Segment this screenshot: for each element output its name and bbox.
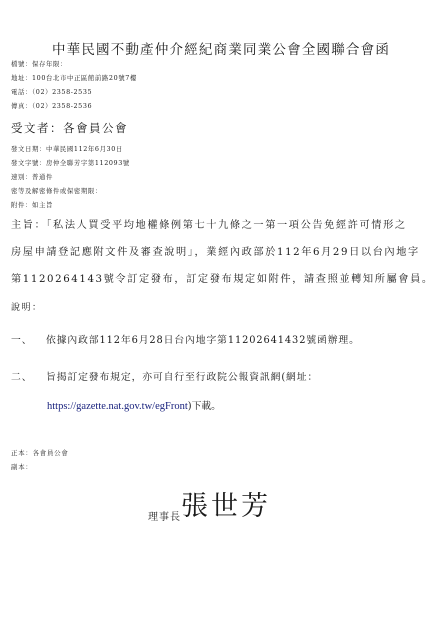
meta-label: 發文字號： [11,159,46,167]
original-copy-line: 正本：各會員公會 [11,448,69,457]
address-line: 地址：100台北市中正區館前路20號7樓 [11,73,137,82]
recipient-line: 受文者：各會員公會 [11,120,128,136]
meta-label: 速別： [11,173,32,181]
meta-value: 如主旨 [32,201,53,209]
file-number-line: 檔號：保存年限： [11,59,67,68]
document-page: 中華民國不動產仲介經紀商業同業公會全國聯合會函 檔號：保存年限： 地址：100台… [0,0,442,640]
meta-value: 中華民國112年6月30日 [46,145,123,153]
attachment-line: 附件：如主旨 [11,200,53,209]
meta-label: 電話： [11,88,32,96]
item-text: 依據內政部112年6月28日台內地字第11202641432號函辦理。 [46,335,360,346]
subject-line-3: 第1120264143號令訂定發布，訂定發布規定如附件，請查照並轉知所屬會員。 [11,270,434,285]
classification-line: 密等及解密條件或保密期限： [11,186,102,195]
speed-line: 速別：普通件 [11,172,53,181]
signature-role: 理事長 [148,512,181,523]
issue-date-line: 發文日期：中華民國112年6月30日 [11,144,123,153]
recipient-label: 受文者： [11,121,63,135]
meta-value: 房仲全聯芳字第112093號 [46,159,130,167]
signature-block: 理事長張世芳 [148,484,271,523]
item-number: 二、 [11,369,46,383]
meta-value: 100台北市中正區館前路20號7樓 [32,74,137,82]
item-number: 一、 [11,332,46,346]
explanation-item-2: 二、旨揭訂定發布規定，亦可自行至行政院公報資訊網(網址： [11,369,318,383]
cc-label: 副本： [11,463,33,471]
meta-value: 普通件 [32,173,53,181]
meta-value: 保存年限： [32,60,67,68]
meta-value: （02）2358-2535 [32,88,92,96]
gazette-link-line: https://gazette.nat.gov.tw/egFront)下載。 [47,398,221,412]
signature-name: 張世芳 [181,491,271,522]
meta-value: （02）2358-2536 [32,102,92,110]
meta-label: 發文日期： [11,145,46,153]
issue-number-line: 發文字號：房仲全聯芳字第112093號 [11,158,130,167]
meta-label: 密等及解密條件或保密期限： [11,187,102,195]
meta-label: 檔號： [11,60,32,68]
meta-label: 附件： [11,201,32,209]
document-title: 中華民國不動產仲介經紀商業同業公會全國聯合會函 [0,38,442,58]
subject-line-2: 房屋申請登記應附文件及審查說明」，業經內政部於112年6月29日以台內地字 [11,243,420,258]
subject-line-1: 主旨：「私法人買受平均地權條例第七十九條之一第一項公告免經許可情形之 [11,216,407,231]
gazette-link[interactable]: https://gazette.nat.gov.tw/egFront [47,401,188,412]
recipient-value: 各會員公會 [63,121,128,135]
meta-label: 傳真： [11,102,32,110]
cc-value: 各會員公會 [33,449,69,457]
explanation-label: 說明： [11,300,43,313]
fax-line: 傳真：（02）2358-2536 [11,101,92,110]
link-suffix: )下載。 [188,401,221,412]
phone-line: 電話：（02）2358-2535 [11,87,92,96]
carbon-copy-line: 副本： [11,462,33,471]
item-text: 旨揭訂定發布規定，亦可自行至行政院公報資訊網(網址： [46,372,318,383]
explanation-item-1: 一、依據內政部112年6月28日台內地字第11202641432號函辦理。 [11,332,360,346]
cc-label: 正本： [11,449,33,457]
meta-label: 地址： [11,74,32,82]
